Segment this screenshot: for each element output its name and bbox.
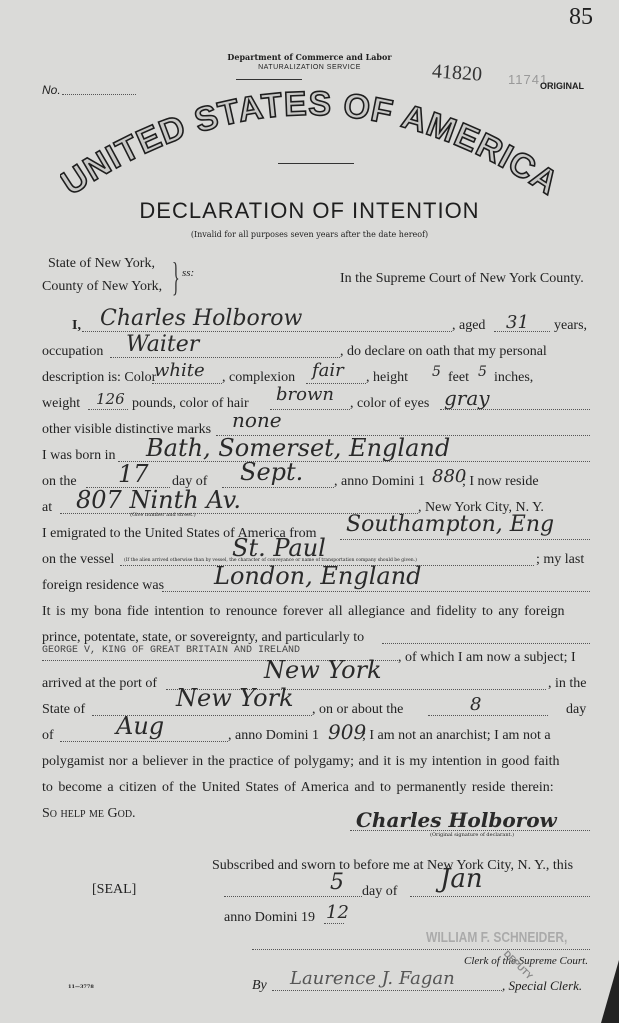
arrival-month-field-line <box>60 741 228 742</box>
marks-field[interactable]: none <box>232 408 282 432</box>
emigrated-from-field-line <box>340 539 590 540</box>
title-divider <box>278 163 354 164</box>
last-label: ; my last <box>536 552 584 568</box>
jurat-day-field-line <box>224 896 362 897</box>
special-clerk-signature-line <box>272 990 502 991</box>
state-label: State of <box>42 702 85 718</box>
header-divider <box>236 79 302 80</box>
height-inches-field[interactable]: 5 <box>478 364 487 380</box>
born-label: I was born in <box>42 448 116 464</box>
emigrated-from-field[interactable]: Southampton, Eng <box>346 512 554 537</box>
arrival-month-field[interactable]: Aug <box>116 712 164 740</box>
number-label: No. <box>42 83 61 97</box>
seal-label: [SEAL] <box>92 882 136 898</box>
feet-label: feet <box>448 370 469 386</box>
document-subtitle: (Invalid for all purposes seven years af… <box>0 230 619 239</box>
arrival-year-field[interactable]: 909 <box>328 720 366 744</box>
name-field[interactable]: Charles Holborow <box>100 306 302 331</box>
arrived-label: arrived at the port of <box>42 676 157 692</box>
jurat-day-of-label: day of <box>362 884 397 900</box>
age-field[interactable]: 31 <box>506 312 529 333</box>
eyes-field[interactable]: gray <box>444 386 490 410</box>
birth-month-field[interactable]: Sept. <box>240 458 303 486</box>
hair-field-line <box>270 409 350 410</box>
day-label: day <box>566 702 586 718</box>
document-title: DECLARATION OF INTENTION <box>0 198 619 224</box>
renounce-text-1: It is my bona fide intention to renounce… <box>42 604 565 620</box>
aged-label: , aged <box>452 318 485 334</box>
form-number: 11—3778 <box>68 984 94 990</box>
sovereign-line-1 <box>382 643 590 644</box>
arrival-day-field-line <box>428 715 548 716</box>
reside-label: ; I now reside <box>462 474 539 490</box>
jurat-year-field-line <box>324 923 344 924</box>
declaration-of-intention-document: 85 Department of Commerce and Labor NATU… <box>0 0 619 1023</box>
declarant-signature[interactable]: Charles Holborow <box>356 808 557 832</box>
sovereign-field[interactable]: GEORGE V, KING OF GREAT BRITAIN AND IREL… <box>42 645 300 656</box>
description-label: description is: Color <box>42 370 156 386</box>
occupation-field[interactable]: Waiter <box>126 332 199 357</box>
height-label: , height <box>366 370 408 386</box>
on-the-label: on the <box>42 474 77 490</box>
address-field[interactable]: 807 Ninth Av. <box>76 486 241 514</box>
address-hint: (Give number and street.) <box>130 512 196 518</box>
subscribed-text: Subscribed and sworn to before me at New… <box>212 858 573 874</box>
ss-label: ss: <box>182 267 194 279</box>
page-corner-shadow <box>601 960 619 1023</box>
clerk-signature-line <box>252 949 590 950</box>
service-label: NATURALIZATION SERVICE <box>0 64 619 71</box>
occupation-label: occupation <box>42 344 103 360</box>
vessel-label: on the vessel <box>42 552 114 568</box>
foreign-residence-field[interactable]: London, England <box>214 562 422 590</box>
special-clerk-signature[interactable]: Laurence J. Fagan <box>290 968 455 989</box>
hair-field[interactable]: brown <box>276 384 334 405</box>
oath-text-1: polygamist nor a believer in the practic… <box>42 754 560 770</box>
venue-state: State of New York, <box>48 256 155 272</box>
weight-field-line <box>88 409 128 410</box>
page-number: 85 <box>569 4 593 31</box>
eyes-label: , color of eyes <box>350 396 429 412</box>
svg-text:UNITED STATES OF AMERICA: UNITED STATES OF AMERICA <box>60 90 560 203</box>
occupation-field-line <box>110 357 340 358</box>
port-field[interactable]: New York <box>264 656 382 684</box>
arched-title: UNITED STATES OF AMERICA <box>60 90 560 210</box>
birth-day-field[interactable]: 17 <box>118 460 149 488</box>
at-label: at <box>42 500 52 516</box>
color-field-line <box>152 383 222 384</box>
about-label: , on or about the <box>312 702 403 718</box>
subject-label: , of which I am now a subject; I <box>398 650 576 666</box>
renounce-text-2: prince, potentate, state, or sovereignty… <box>42 630 364 646</box>
anarchist-label: ; I am not an anarchist; I am not a <box>362 728 551 744</box>
inches-label: inches, <box>494 370 533 386</box>
oath-text-2: to become a citizen of the United States… <box>42 780 554 796</box>
foreign-residence-field-line <box>162 591 590 592</box>
weight-label: weight <box>42 396 80 412</box>
department-label: Department of Commerce and Labor <box>0 52 619 62</box>
of-label: of <box>42 728 54 744</box>
clerk-stamp: WILLIAM F. SCHNEIDER, <box>426 929 567 946</box>
jurat-month-field-line <box>410 896 590 897</box>
signature-hint: (Original signature of declarant.) <box>430 832 514 838</box>
weight-field[interactable]: 126 <box>96 390 125 408</box>
years-label: years, <box>554 318 587 334</box>
jurat-day-field[interactable]: 5 <box>330 870 344 895</box>
foreign-residence-label: foreign residence was <box>42 578 164 594</box>
anno-label: , anno Domini 1 <box>334 474 425 490</box>
i-label: I, <box>72 318 81 334</box>
jurat-year-field[interactable]: 12 <box>326 902 349 923</box>
declare-label: , do declare on oath that my personal <box>340 344 547 360</box>
height-feet-field[interactable]: 5 <box>432 364 441 380</box>
oath-text-3: So help me God. <box>42 806 136 822</box>
in-the-label: , in the <box>548 676 587 692</box>
arrival-day-field[interactable]: 8 <box>470 694 481 715</box>
special-clerk-label: , Special Clerk. <box>502 978 582 994</box>
venue-county: County of New York, <box>42 279 162 295</box>
jurat-anno-label: anno Domini 19 <box>224 910 315 926</box>
complexion-field[interactable]: fair <box>312 360 344 381</box>
court-label: In the Supreme Court of New York County. <box>340 271 584 287</box>
jurat-month-field[interactable]: Jan <box>440 864 483 894</box>
stamped-number: 41820 <box>431 60 482 86</box>
by-label: By <box>252 978 267 994</box>
color-field[interactable]: white <box>154 360 205 381</box>
arrival-state-field[interactable]: New York <box>176 684 294 712</box>
brace: } <box>172 257 180 297</box>
anno-label-2: , anno Domini 1 <box>228 728 319 744</box>
